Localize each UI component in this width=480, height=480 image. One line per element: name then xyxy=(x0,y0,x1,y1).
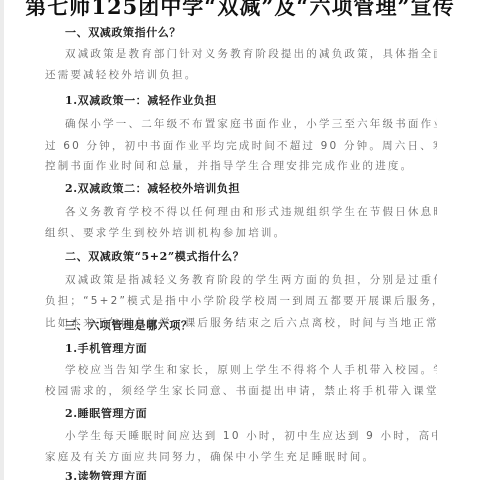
paragraph-line: 家庭及有关方面应共同努力，确保中小学生充足睡眠时间。 xyxy=(45,450,437,464)
section-heading: 2.双减政策二：减轻校外培训负担 xyxy=(65,182,240,196)
section-heading: 1.双减政策一：减轻作业负担 xyxy=(65,94,217,108)
paragraph-line: 组织、要求学生到校外培训机构参加培训。 xyxy=(45,226,437,240)
paragraph-line: 控制书面作业时间和总量，并指导学生合理安排完成作业的进度。 xyxy=(45,159,437,173)
paragraph-line: 双减政策是指减轻义务教育阶段的学生两方面的负担，分别是过重作业负担和校外培训 xyxy=(65,273,437,287)
paragraph-line: 还需要减轻校外培训负担。 xyxy=(45,68,437,82)
section-heading: 三、六项管理是哪六项？ xyxy=(65,319,193,333)
paragraph-line: 校园需求的，须经学生家长同意、书面提出申请，禁止将手机带入课堂。 xyxy=(45,384,437,398)
section-heading: 2.睡眠管理方面 xyxy=(65,407,147,421)
paragraph-line: 学校应当告知学生和家长，原则上学生不得将个人手机带入校园。学生确有将手机带入 xyxy=(65,363,437,377)
paragraph-line: 确保小学一、二年级不布置家庭书面作业，小学三至六年级书面作业平均完成时间不超 xyxy=(65,117,437,131)
paragraph-line: 双减政策是教育部门针对义务教育阶段提出的减负政策，具体指全面压减孩子作业负担， xyxy=(65,47,437,61)
document-title: 第七师125团中学“双减”及“六项管理”宣传 xyxy=(0,0,480,21)
paragraph-line: 过 60 分钟，初中书面作业平均完成时间不超过 90 分钟。周六日、寒暑假、法定… xyxy=(45,139,437,153)
section-heading: 3.读物管理方面 xyxy=(65,470,147,480)
section-heading: 一、双减政策指什么？ xyxy=(65,26,181,40)
paragraph-line: 小学生每天睡眠时间应达到 10 小时，初中生应达到 9 小时，高中生应达到 8 … xyxy=(65,429,437,443)
paragraph-line: 负担；“5+2”模式是指中小学阶段学校周一到周五都要开展课后服务，并且至少开展 … xyxy=(45,294,437,308)
section-heading: 二、双减政策“5+2”模式指什么？ xyxy=(65,250,244,264)
paragraph-line: 各义务教育学校不得以任何理由和形式违规组织学生在节假日休息时间集体补课，或者 xyxy=(65,205,437,219)
section-heading: 1.手机管理方面 xyxy=(65,342,147,356)
page-edge xyxy=(0,0,4,480)
